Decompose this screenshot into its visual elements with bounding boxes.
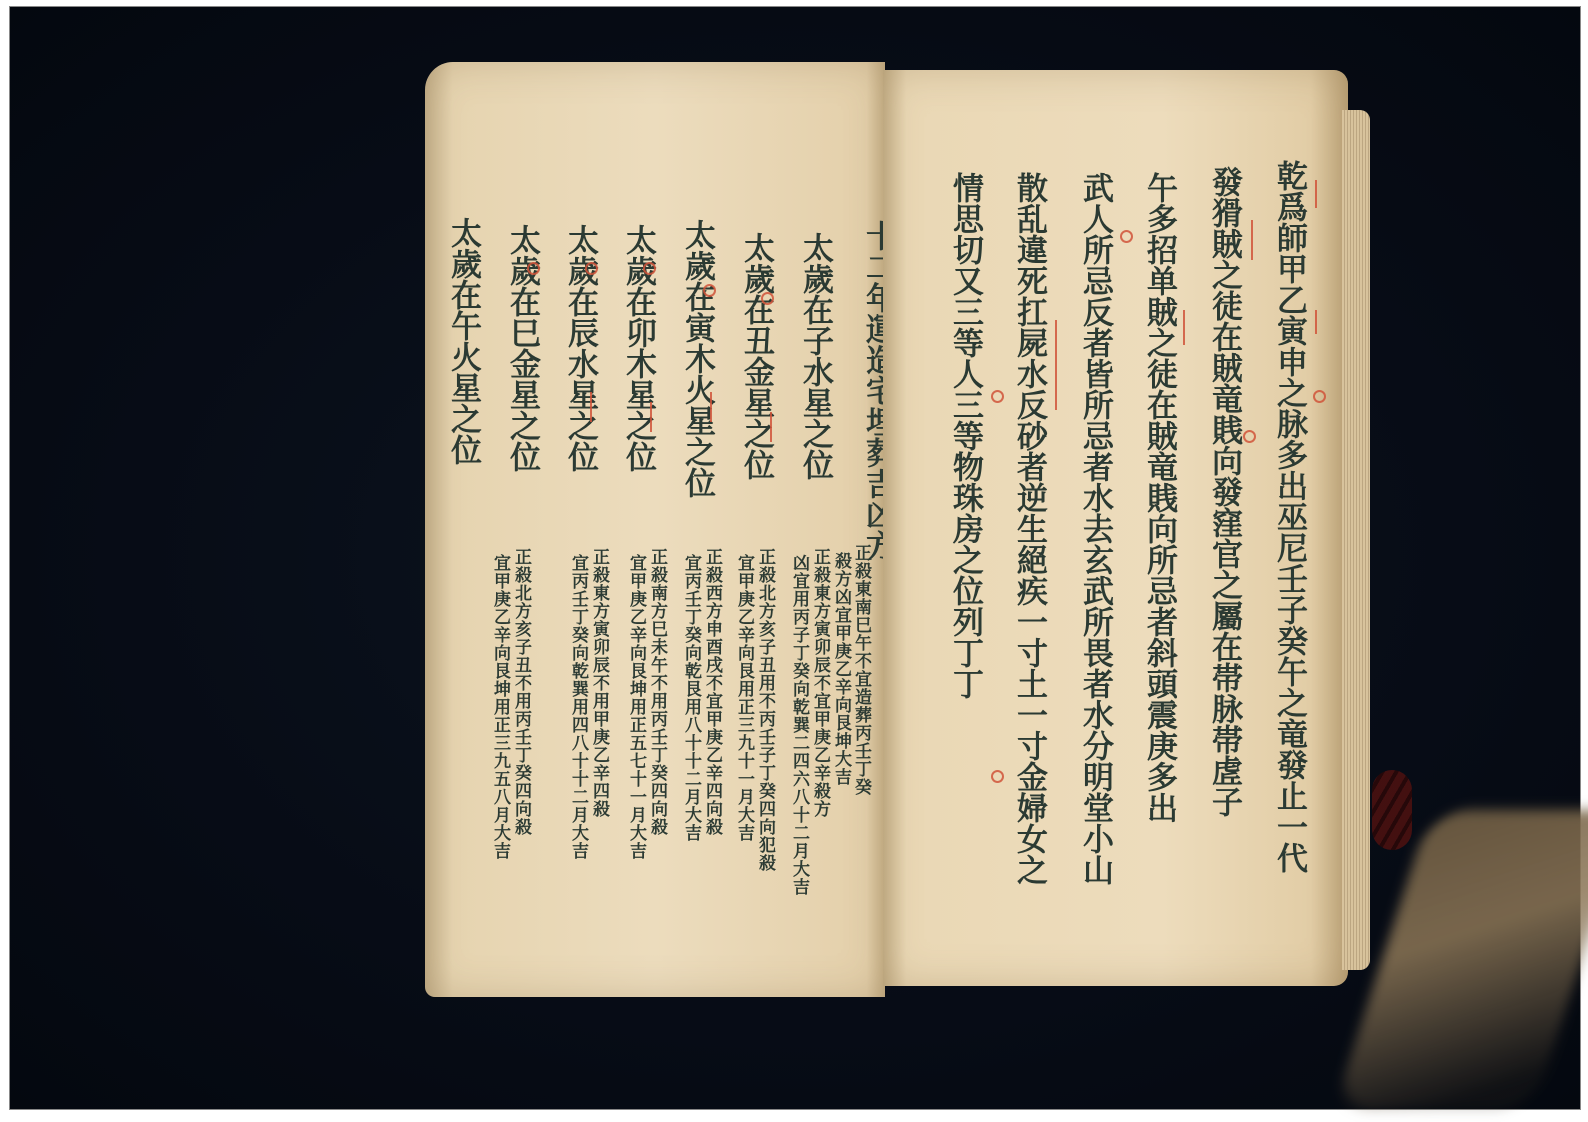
red-line-mark (710, 392, 712, 422)
red-circle-mark (991, 770, 1004, 783)
small-note-column: 正殺東南巳午不宜造葬丙壬丁癸 (851, 544, 870, 796)
left-page: 十二年運造宅埋葬吉凶方 太歲在子水星之位 太歲在丑金星之位 太歲在寅木火星之位 … (425, 62, 885, 997)
small-note-column: 凶宜用丙子丁癸向乾巽二四六八十二月大吉 (789, 554, 808, 896)
open-book: 十二年運造宅埋葬吉凶方 太歲在子水星之位 太歲在丑金星之位 太歲在寅木火星之位 … (425, 62, 1380, 997)
small-note-column: 宜甲庚乙辛向艮坤用正三九五八月大吉 (490, 554, 509, 860)
red-line-mark (650, 402, 652, 432)
taisui-column: 太歲在丑金星之位 (738, 232, 774, 480)
red-line-mark (1251, 220, 1253, 260)
text-column: 乾爲師甲乙寅申之脉多出巫尼壬子癸午之竜發止一代 (1271, 160, 1307, 873)
taisui-column: 太歲在寅木火星之位 (679, 219, 715, 498)
small-note-column: 正殺東方寅卯辰不用甲庚乙辛四殺 (589, 548, 608, 818)
small-note-column: 宜甲庚乙辛向艮用正三九十一月大吉 (734, 554, 753, 842)
red-line-mark (1055, 320, 1057, 410)
text-column: 武人所忌反者皆所忌者水去玄武所畏者水分明堂小山 (1077, 172, 1113, 885)
text-column: 午多招单賊之徒在賊竜賎向所忌者斜頭震庚多出 (1141, 172, 1177, 823)
bead-bracelet (1372, 770, 1412, 850)
page-edges (1342, 110, 1370, 970)
small-note-column: 正殺東方寅卯辰不宜甲庚乙辛殺方 (810, 548, 829, 818)
small-note-column: 正殺西方申酉戌不宜甲庚乙辛四向殺 (702, 548, 721, 836)
taisui-column: 太歲在子水星之位 (797, 232, 833, 480)
red-line-mark (770, 412, 772, 442)
red-circle-mark (1243, 430, 1256, 443)
text-column: 發猾賊之徒在賊竜賎向發窪官之屬在帯脉帯虗子 (1206, 166, 1242, 817)
red-circle-mark (1313, 390, 1326, 403)
red-line-mark (1315, 180, 1317, 208)
red-circle-mark (761, 292, 774, 305)
red-circle-mark (643, 262, 656, 275)
small-note-column: 正殺北方亥子丑用不丙壬子丁癸四向犯殺 (755, 548, 774, 872)
red-circle-mark (703, 284, 716, 297)
right-page: 乾爲師甲乙寅申之脉多出巫尼壬子癸午之竜發止一代 發猾賊之徒在賊竜賎向發窪官之屬在… (883, 70, 1348, 986)
red-circle-mark (585, 262, 598, 275)
small-note-column: 正殺北方亥子丑不用丙壬丁癸四向殺 (511, 548, 530, 836)
small-note-column: 正殺南方巳未午不用丙壬丁癸四向殺 (647, 548, 666, 836)
text-column: 情思切又三等人三等物珠房之位列丁丁 (947, 172, 983, 699)
red-line-mark (1183, 310, 1185, 345)
small-note-column: 宜丙壬丁癸向乾艮用八十十二月大吉 (681, 554, 700, 842)
red-circle-mark (991, 390, 1004, 403)
small-note-column: 殺方凶宜甲庚乙辛向艮坤大吉 (831, 552, 850, 786)
red-line-mark (590, 392, 592, 422)
small-note-column: 宜甲庚乙辛向艮坤用正五七十一月大吉 (626, 554, 645, 860)
text-column: 散乱違死扛屍水反砂者逆生絕疾一寸土一寸金婦女之 (1011, 172, 1047, 885)
red-line-mark (1315, 310, 1317, 334)
red-circle-mark (527, 262, 540, 275)
small-note-column: 宜丙壬丁癸向乾巽用四八十十二月大吉 (568, 554, 587, 860)
taisui-column: 太歲在午火星之位 (445, 217, 481, 465)
red-circle-mark (1120, 230, 1133, 243)
